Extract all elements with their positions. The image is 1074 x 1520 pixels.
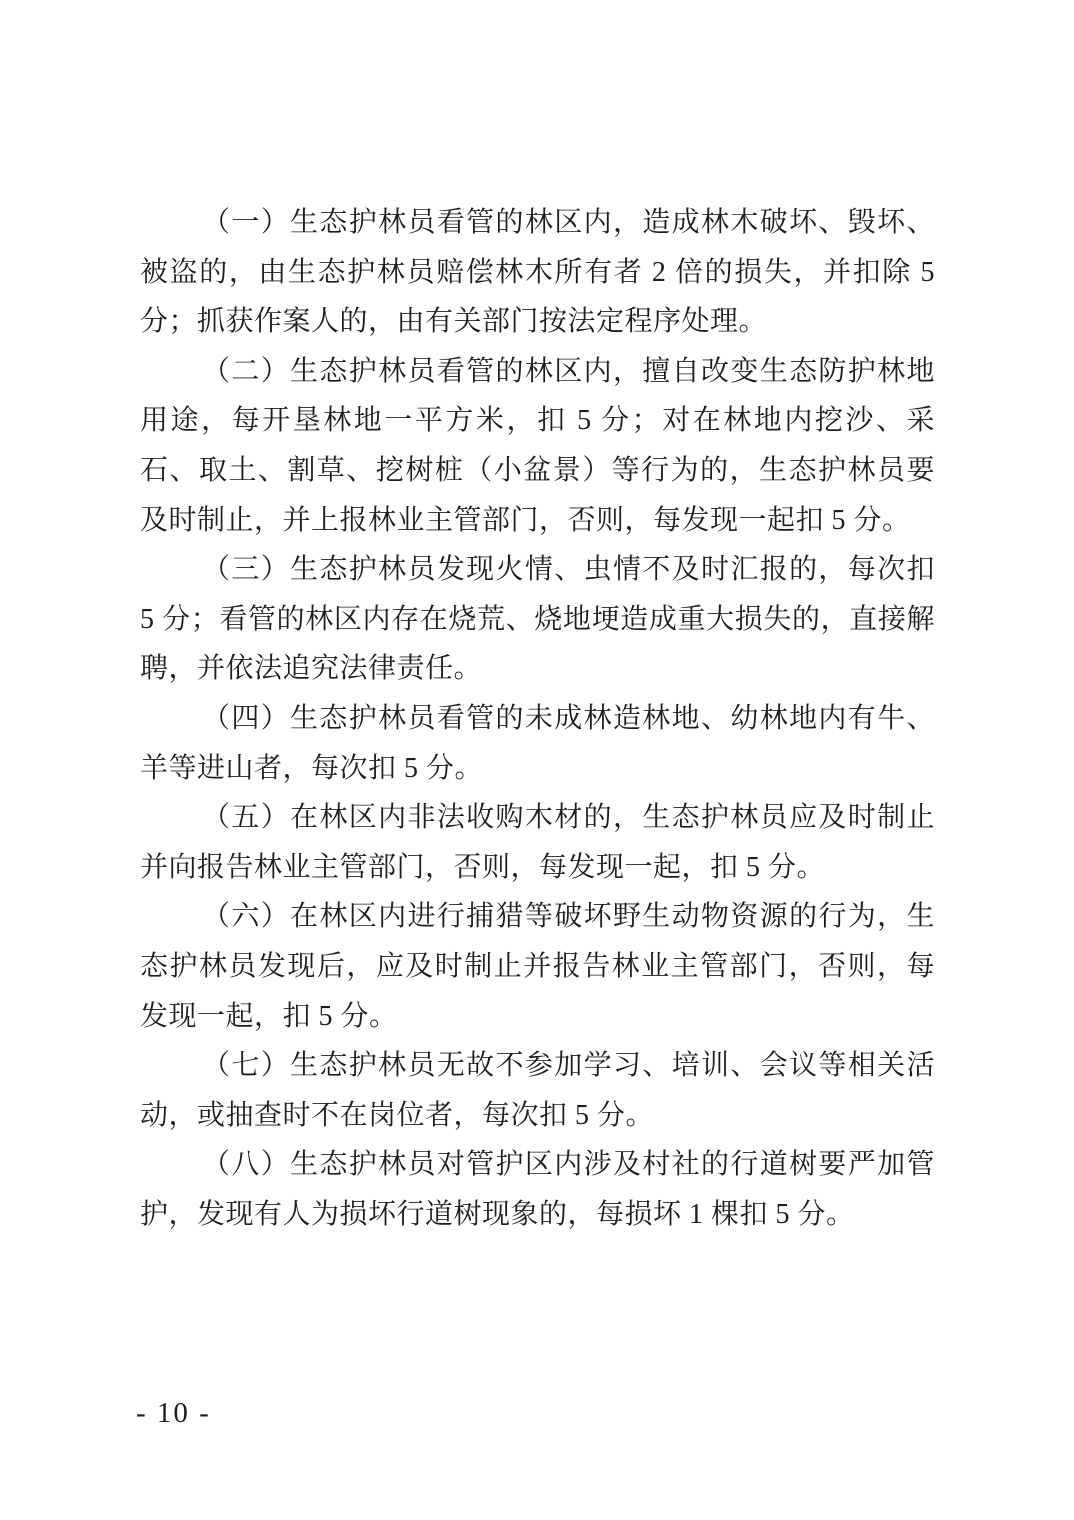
paragraph-item-5: （五）在林区内非法收购木材的，生态护林员应及时制止并向报告林业主管部门，否则，每…	[140, 793, 935, 892]
paragraph-item-3: （三）生态护林员发现火情、虫情不及时汇报的，每次扣 5 分；看管的林区内存在烧荒…	[140, 545, 935, 694]
paragraph-item-7: （七）生态护林员无故不参加学习、培训、会议等相关活动，或抽查时不在岗位者，每次扣…	[140, 1041, 935, 1140]
paragraph-item-2: （二）生态护林员看管的林区内，擅自改变生态防护林地用途，每开垦林地一平方米，扣 …	[140, 347, 935, 545]
paragraph-item-8: （八）生态护林员对管护区内涉及村社的行道树要严加管护，发现有人为损坏行道树现象的…	[140, 1140, 935, 1239]
paragraph-item-6: （六）在林区内进行捕猎等破坏野生动物资源的行为，生态护林员发现后，应及时制止并报…	[140, 892, 935, 1041]
paragraph-item-1: （一）生态护林员看管的林区内，造成林木破坏、毁坏、被盗的，由生态护林员赔偿林木所…	[140, 198, 935, 347]
document-body: （一）生态护林员看管的林区内，造成林木破坏、毁坏、被盗的，由生态护林员赔偿林木所…	[140, 198, 935, 1239]
paragraph-item-4: （四）生态护林员看管的未成林造林地、幼林地内有牛、羊等进山者，每次扣 5 分。	[140, 694, 935, 793]
document-page: （一）生态护林员看管的林区内，造成林木破坏、毁坏、被盗的，由生态护林员赔偿林木所…	[0, 0, 1074, 1520]
page-number: - 10 -	[136, 1396, 211, 1430]
